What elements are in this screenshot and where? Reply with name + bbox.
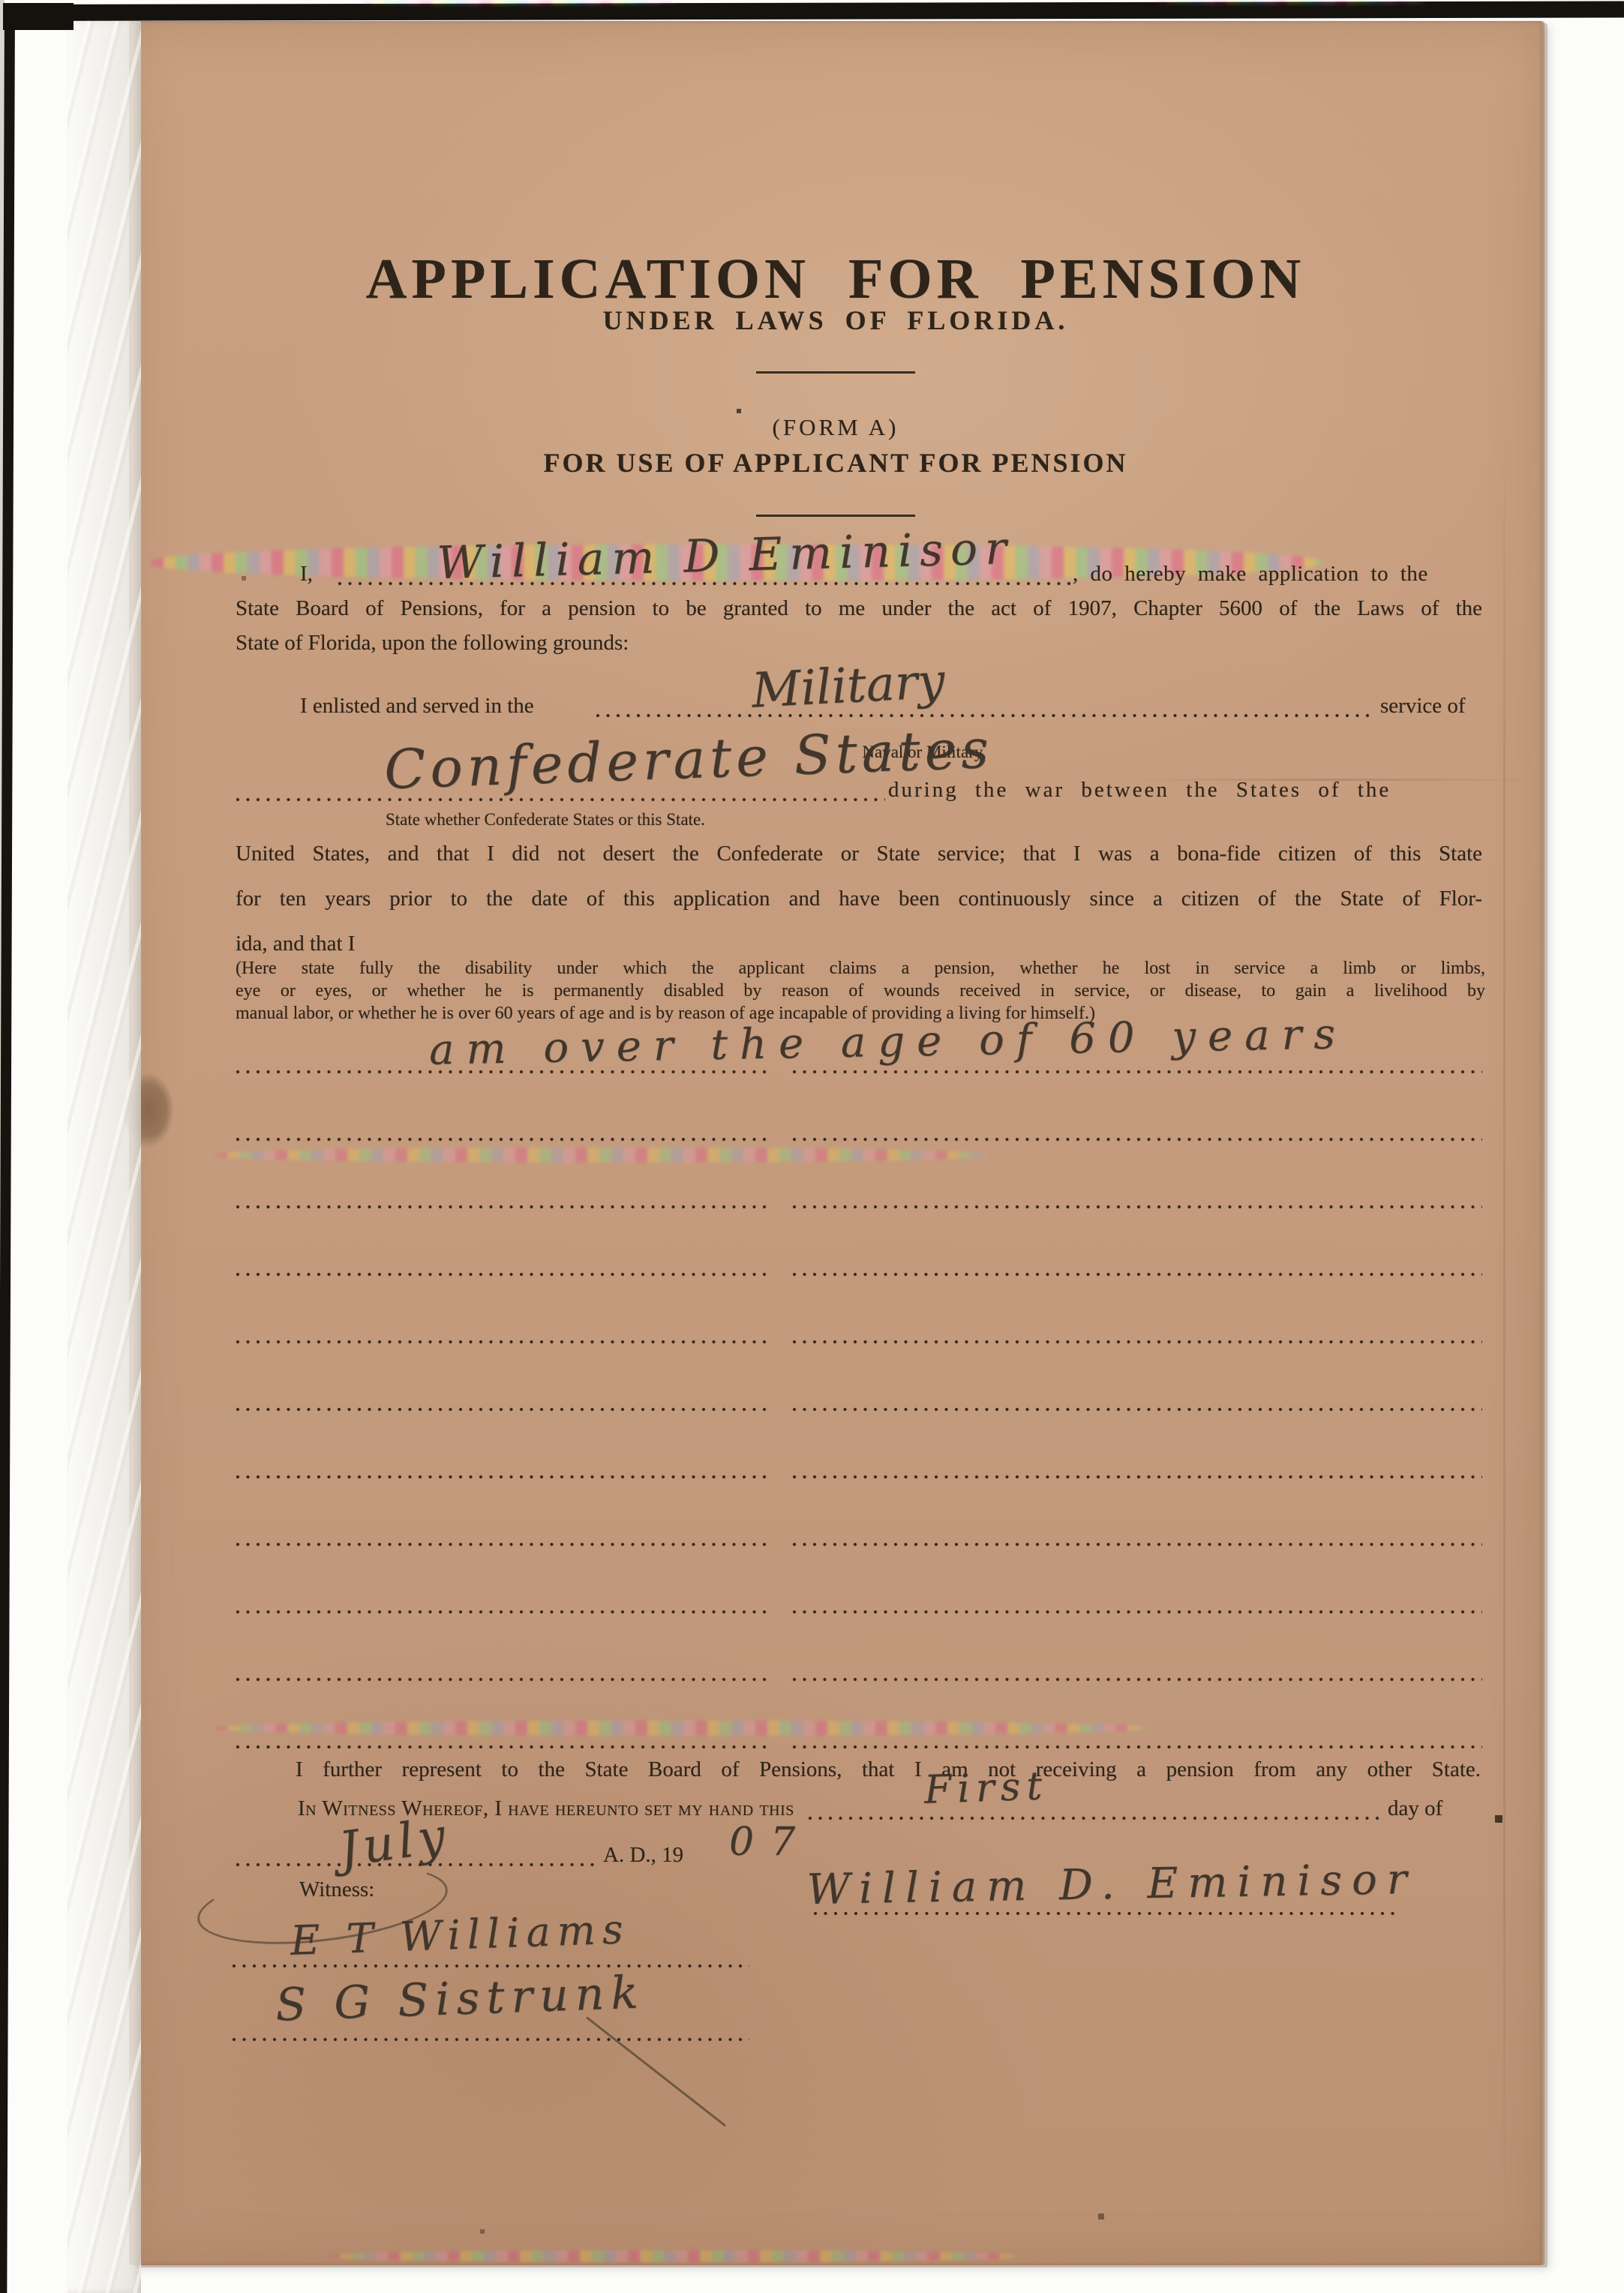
further-represent-line: I further represent to the State Board o… xyxy=(296,1757,1481,1782)
blank-dotted-line xyxy=(236,1070,1482,1074)
applicant-signature: William D. Eminisor xyxy=(803,1855,1419,1914)
disability-instructions-2: eye or eyes, or whether he is permanentl… xyxy=(236,980,1485,1002)
handwritten-branch: Military xyxy=(750,653,946,719)
enlisted-suffix: service of xyxy=(1380,693,1466,719)
date-printed: A. D., 19 xyxy=(603,1842,683,1868)
plastic-sleeve-edge xyxy=(68,20,141,2293)
citizenship-line-3: ida, and that I xyxy=(236,931,355,956)
blank-dotted-line xyxy=(236,1542,1482,1547)
opening-line-3: State of Florida, upon the following gro… xyxy=(236,630,629,656)
document-title: APPLICATION FOR PENSION xyxy=(129,251,1542,308)
day-fill-line xyxy=(808,1816,1382,1820)
divider-rule-bottom xyxy=(756,515,915,517)
scan-glare-streak xyxy=(215,1721,1145,1736)
handwritten-year: 07 xyxy=(729,1820,812,1865)
disability-instructions-1: (Here state fully the disability under w… xyxy=(236,957,1485,980)
blank-dotted-line xyxy=(236,1475,1482,1479)
blank-dotted-line xyxy=(236,1745,1482,1749)
scan-glare-streak xyxy=(1155,1,1425,5)
blank-dotted-line xyxy=(236,1677,1482,1682)
blank-dotted-line xyxy=(236,1137,1482,1142)
scan-glare-streak xyxy=(215,1148,988,1163)
blank-dotted-line xyxy=(236,1407,1482,1412)
blank-dotted-line xyxy=(236,1340,1482,1344)
scan-glare-streak xyxy=(328,2250,1018,2262)
witness-clause-suffix: day of xyxy=(1388,1796,1442,1821)
citizenship-line-1: United States, and that I did not desert… xyxy=(236,841,1482,866)
opening-line-2: State Board of Pensions, for a pension t… xyxy=(236,596,1482,621)
citizenship-line-2: for ten years prior to the date of this … xyxy=(236,886,1482,911)
service-fill-line xyxy=(236,797,885,802)
form-label: (FORM A) xyxy=(129,414,1542,441)
war-service-suffix: during the war between the States of the xyxy=(888,777,1391,803)
witness-label: Witness: xyxy=(299,1877,374,1902)
form-paper: APPLICATION FOR PENSION UNDER LAWS OF FL… xyxy=(129,21,1542,2265)
form-use-heading: FOR USE OF APPLICANT FOR PENSION xyxy=(129,447,1542,479)
pen-flourish-tail xyxy=(586,2016,726,2126)
blank-dotted-line xyxy=(236,1610,1482,1614)
fold-crease xyxy=(1127,779,1539,781)
fold-crease xyxy=(1503,411,1505,2256)
blank-dotted-line xyxy=(236,1272,1482,1277)
document-subtitle: UNDER LAWS OF FLORIDA. xyxy=(129,305,1542,336)
enlisted-prefix: I enlisted and served in the xyxy=(300,693,534,719)
opening-prefix: I, xyxy=(300,561,313,587)
witness-signature-line-2 xyxy=(232,2037,749,2042)
witness-signature-line-1 xyxy=(232,1964,749,1968)
handwritten-day: First xyxy=(923,1763,1049,1813)
scanner-frame-top xyxy=(15,2,1624,21)
scanned-pension-document: APPLICATION FOR PENSION UNDER LAWS OF FL… xyxy=(0,0,1624,2293)
scan-glare-streak xyxy=(360,1,675,5)
divider-rule-top xyxy=(756,371,915,374)
blank-dotted-line xyxy=(236,1205,1482,1209)
war-service-note: State whether Confederate States or this… xyxy=(332,810,759,830)
opening-suffix: , do hereby make application to the xyxy=(1073,561,1428,587)
applicant-signature-line xyxy=(813,1911,1398,1916)
